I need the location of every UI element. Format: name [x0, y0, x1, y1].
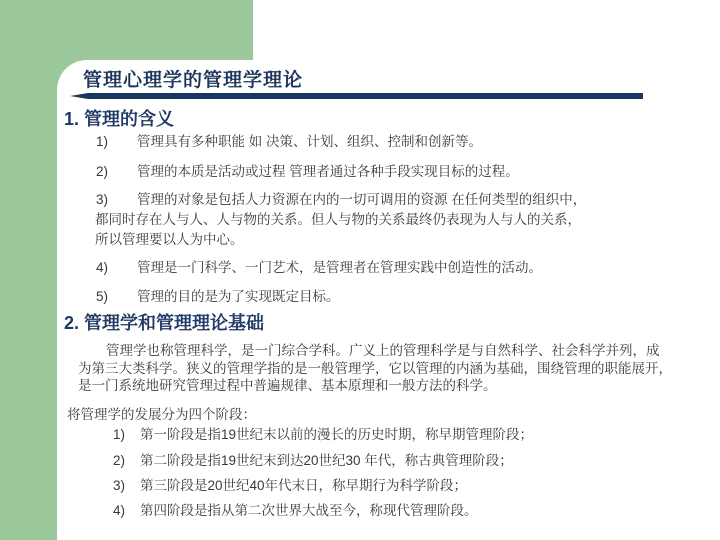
stage-item: 1)第一阶段是指19世纪末以前的漫长的历史时期，称早期管理阶段； — [113, 427, 533, 443]
stage-item-text: 第四阶段是指从第二次世界大战至今，称现代管理阶段。 — [140, 503, 478, 518]
list-item: 5)管理的目的是为了实现既定目标。 — [96, 287, 340, 307]
list-item-number: 2) — [96, 162, 137, 182]
list-item-number: 1) — [96, 132, 137, 152]
list-item-text: 管理具有多种职能 如 决策、计划、组织、控制和创新等。 — [137, 134, 482, 149]
stage-item-number: 1) — [113, 427, 140, 443]
list-item-text: 管理的对象是包括人力资源在内的一切可调用的资源 在任何类型的组织中， 都同时存在… — [95, 190, 719, 250]
stage-item-text: 第三阶段是20世纪40年代末日，称早期行为科学阶段； — [140, 478, 467, 493]
title-underline — [70, 93, 643, 99]
stage-item: 4)第四阶段是指从第二次世界大战至今，称现代管理阶段。 — [113, 503, 478, 519]
list-item: 1)管理具有多种职能 如 决策、计划、组织、控制和创新等。 — [96, 132, 482, 152]
stage-item: 3)第三阶段是20世纪40年代末日，称早期行为科学阶段； — [113, 478, 467, 494]
stage-item-text: 第二阶段是指19世纪末到达20世纪30 年代，称古典管理阶段； — [140, 453, 513, 468]
list-item: 4)管理是一门科学、一门艺术，是管理者在管理实践中创造性的活动。 — [96, 258, 542, 278]
stage-item: 2)第二阶段是指19世纪末到达20世纪30 年代，称古典管理阶段； — [113, 453, 513, 469]
stage-item-number: 4) — [113, 503, 140, 519]
list-item-number: 3) — [96, 190, 108, 210]
section2-heading: 2. 管理学和管理理论基础 — [64, 309, 264, 335]
section2-paragraph: 管理学也称管理科学，是一门综合学科。广义上的管理科学是与自然科学、社会科学并列，… — [78, 342, 718, 395]
stage-item-text: 第一阶段是指19世纪末以前的漫长的历史时期，称早期管理阶段； — [140, 427, 533, 442]
list-item-text: 管理的本质是活动或过程 管理者通过各种手段实现目标的过程。 — [137, 164, 519, 179]
list-item-number: 4) — [96, 258, 137, 278]
list-item: 3) 管理的对象是包括人力资源在内的一切可调用的资源 在任何类型的组织中， 都同… — [95, 190, 719, 250]
list-item-number: 5) — [96, 287, 137, 307]
slide-content: 管理心理学的管理学理论 1. 管理的含义 1)管理具有多种职能 如 决策、计划、… — [0, 0, 720, 540]
list-item-text: 管理的目的是为了实现既定目标。 — [137, 289, 340, 304]
list-item-text: 管理是一门科学、一门艺术，是管理者在管理实践中创造性的活动。 — [137, 260, 542, 275]
stages-lead: 将管理学的发展分为四个阶段： — [67, 403, 256, 423]
slide-title: 管理心理学的管理学理论 — [83, 65, 303, 92]
list-item: 2)管理的本质是活动或过程 管理者通过各种手段实现目标的过程。 — [96, 162, 519, 182]
stage-item-number: 2) — [113, 453, 140, 469]
section1-heading: 1. 管理的含义 — [64, 105, 174, 131]
stage-item-number: 3) — [113, 478, 140, 494]
slide-canvas: 管理心理学的管理学理论 1. 管理的含义 1)管理具有多种职能 如 决策、计划、… — [0, 0, 720, 540]
